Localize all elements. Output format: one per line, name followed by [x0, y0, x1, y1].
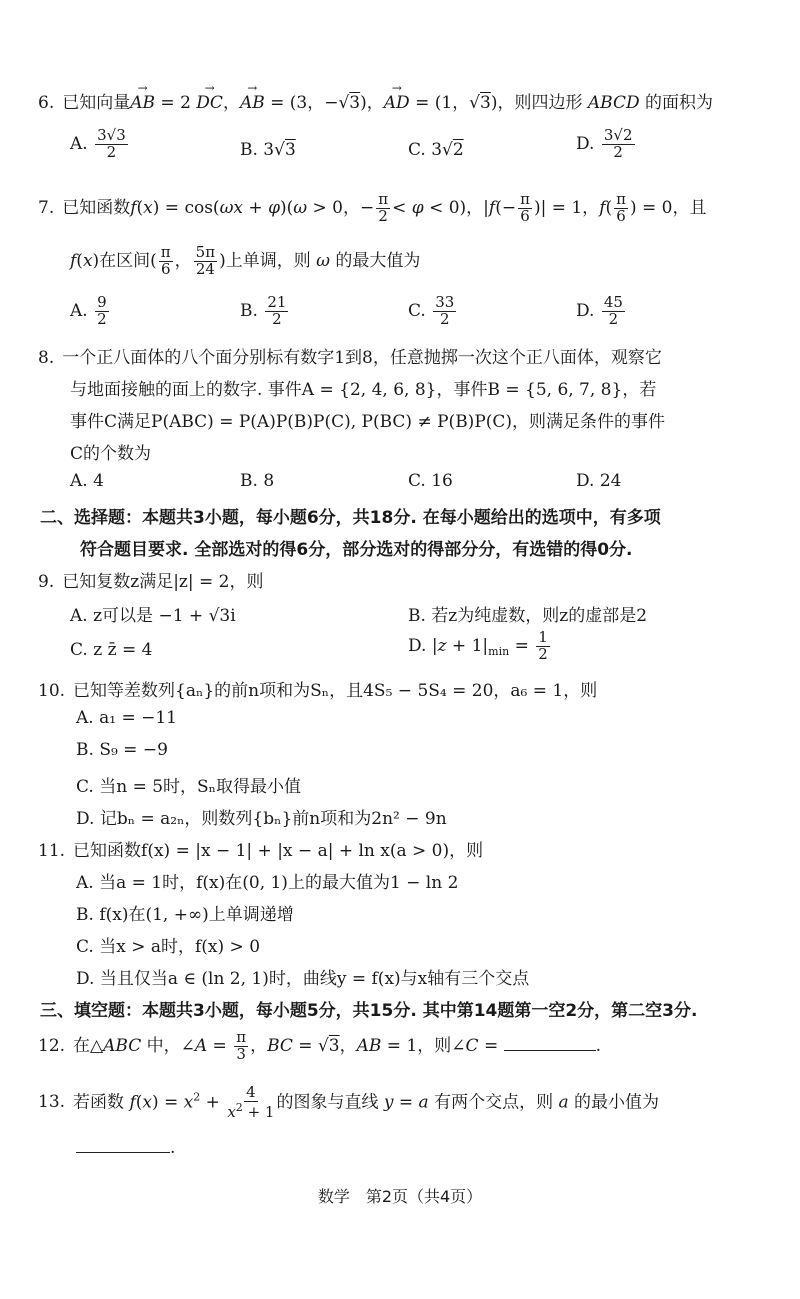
- q9-option-a: A. z可以是 −1 + √3i: [70, 601, 236, 626]
- q11-option-c: C. 当x > a时，f(x) > 0: [76, 932, 260, 957]
- q7-option-c: C. 332: [408, 295, 458, 328]
- q6-option-c: C. 3√2: [408, 140, 464, 160]
- q11-option-a: A. 当a = 1时，f(x)在(0, 1)上的最大值为1 − ln 2: [76, 868, 458, 893]
- question-7-stem: 7.已知函数f(x) = cos(ωx + φ)(ω > 0，−π2< φ < …: [38, 192, 706, 225]
- q8-option-c: C. 16: [408, 471, 453, 491]
- question-8-line2: 与地面接触的面上的数字. 事件A = {2, 4, 6, 8}，事件B = {5…: [70, 375, 656, 400]
- q11-option-b: B. f(x)在(1, +∞)上单调递增: [76, 900, 294, 925]
- question-8-line3: 事件C满足P(ABC) = P(A)P(B)P(C), P(BC) ≠ P(B)…: [70, 407, 665, 432]
- answer-blank[interactable]: [504, 1050, 596, 1051]
- q8-option-b: B. 8: [240, 471, 274, 491]
- q10-option-b: B. S₉ = −9: [76, 740, 168, 760]
- q7-option-a: A. 92: [70, 295, 111, 328]
- question-13-answer-line: .: [76, 1138, 175, 1158]
- q10-option-a: A. a₁ = −11: [76, 708, 177, 728]
- question-6-stem: 6.已知向量AB = 2 DC，AB = (3，−√3)，AD = (1，√3)…: [38, 88, 713, 113]
- question-number: 6.: [38, 93, 54, 113]
- question-12-stem: 12.在△ABC 中，∠A = π3，BC = √3，AB = 1，则∠C = …: [38, 1030, 601, 1063]
- q7-option-b: B. 212: [240, 295, 290, 328]
- q6-option-a: A. 3√32: [70, 128, 130, 161]
- section-3-heading: 三、填空题：本题共3小题，每小题5分，共15分. 其中第14题第一空2分，第二空…: [40, 996, 697, 1021]
- question-10-stem: 10.已知等差数列{aₙ}的前n项和为Sₙ，且4S₅ − 5S₄ = 20，a₆…: [38, 676, 597, 701]
- q6-option-b: B. 3√3: [240, 140, 296, 160]
- q6-option-d: D. 3√22: [576, 128, 637, 161]
- question-8-line4: C的个数为: [70, 439, 151, 464]
- question-11-stem: 11.已知函数f(x) = |x − 1| + |x − a| + ln x(a…: [38, 836, 483, 861]
- question-8-line1: 8.一个正八面体的八个面分别标有数字1到8，任意抛掷一次这个正八面体，观察它: [38, 343, 662, 368]
- question-13-stem: 13.若函数 f(x) = x2 + 4x2 + 1的图象与直线 y = a 有…: [38, 1085, 659, 1121]
- page-footer: 数学 第2页（共4页）: [0, 1184, 800, 1207]
- q10-option-d: D. 记bₙ = a₂ₙ，则数列{bₙ}前n项和为2n² − 9n: [76, 804, 447, 829]
- q8-option-d: D. 24: [576, 471, 621, 491]
- question-7-stem-line2: f(x)在区间(π6，5π24)上单调，则 ω 的最大值为: [70, 245, 420, 278]
- q8-option-a: A. 4: [70, 471, 104, 491]
- q9-option-b: B. 若z为纯虚数，则z的虚部是2: [408, 601, 647, 626]
- q7-option-d: D. 452: [576, 295, 627, 328]
- section-2-heading: 二、选择题：本题共3小题，每小题6分，共18分. 在每小题给出的选项中，有多项: [40, 503, 661, 528]
- question-9-stem: 9.已知复数z满足|z| = 2，则: [38, 567, 263, 592]
- q11-option-d: D. 当且仅当a ∈ (ln 2, 1)时，曲线y = f(x)与x轴有三个交点: [76, 964, 529, 989]
- q10-option-c: C. 当n = 5时，Sₙ取得最小值: [76, 772, 301, 797]
- q9-option-d: D. |z + 1|min = 12: [408, 630, 552, 663]
- q9-option-c: C. z z̄ = 4: [70, 640, 152, 660]
- answer-blank[interactable]: [76, 1138, 170, 1153]
- section-2-heading-line2: 符合题目要求. 全部选对的得6分，部分选对的得部分分，有选错的得0分.: [80, 535, 633, 560]
